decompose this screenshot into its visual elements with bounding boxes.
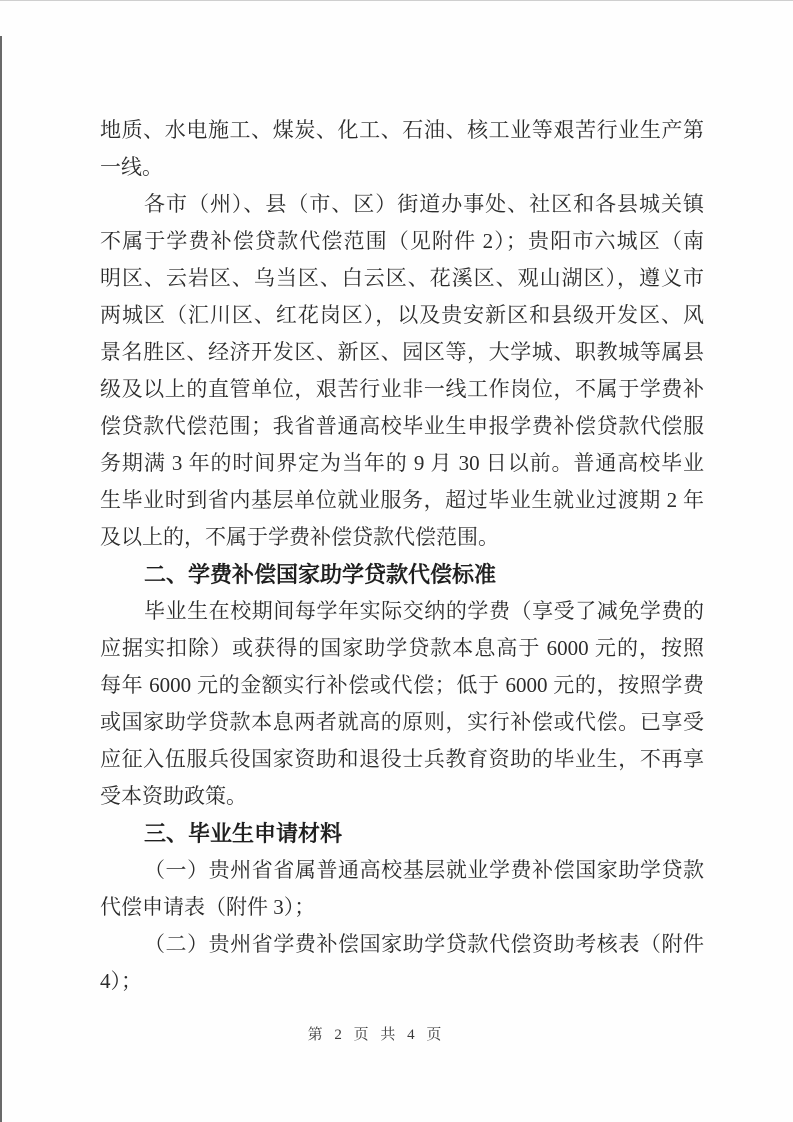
text-line: 生毕业时到省内基层单位就业服务，超过毕业生就业过渡期 2 年 <box>100 482 704 519</box>
text-line: 偿贷款代偿范围；我省普通高校毕业生申报学费补偿贷款代偿服 <box>100 408 704 445</box>
text-line: 一线。 <box>100 149 704 186</box>
text-line: 每年 6000 元的金额实行补偿或代偿；低于 6000 元的，按照学费 <box>100 667 704 704</box>
document-page: 地质、水电施工、煤炭、化工、石油、核工业等艰苦行业生产第一线。各市（州）、县（市… <box>0 0 793 1122</box>
text-line: 应征入伍服兵役国家资助和退役士兵教育资助的毕业生，不再享 <box>100 741 704 778</box>
section-heading: 三、毕业生申请材料 <box>100 815 704 852</box>
text-line: 各市（州）、县（市、区）街道办事处、社区和各县城关镇 <box>100 186 704 223</box>
scan-edge-top <box>0 0 793 1</box>
text-block: 地质、水电施工、煤炭、化工、石油、核工业等艰苦行业生产第一线。各市（州）、县（市… <box>100 112 704 1000</box>
text-line: 不属于学费补偿贷款代偿范围（见附件 2）；贵阳市六城区（南 <box>100 223 704 260</box>
page-number: 第 2 页 共 4 页 <box>0 1024 753 1046</box>
text-line: 两城区（汇川区、红花岗区），以及贵安新区和县级开发区、风 <box>100 297 704 334</box>
text-line: 毕业生在校期间每学年实际交纳的学费（享受了减免学费的 <box>100 593 704 630</box>
scan-edge-left <box>0 36 2 1122</box>
text-line: 及以上的，不属于学费补偿贷款代偿范围。 <box>100 519 704 556</box>
section-heading: 二、学费补偿国家助学贷款代偿标准 <box>100 556 704 593</box>
text-line: 明区、云岩区、乌当区、白云区、花溪区、观山湖区），遵义市 <box>100 260 704 297</box>
text-line: （二）贵州省学费补偿国家助学贷款代偿资助考核表（附件 <box>100 926 704 963</box>
text-line: 受本资助政策。 <box>100 778 704 815</box>
text-line: 务期满 3 年的时间界定为当年的 9 月 30 日以前。普通高校毕业 <box>100 445 704 482</box>
text-line: 应据实扣除）或获得的国家助学贷款本息高于 6000 元的，按照 <box>100 630 704 667</box>
text-line: 景名胜区、经济开发区、新区、园区等，大学城、职教城等属县 <box>100 334 704 371</box>
text-line: 4）； <box>100 963 704 1000</box>
text-line: 或国家助学贷款本息两者就高的原则，实行补偿或代偿。已享受 <box>100 704 704 741</box>
text-line: 地质、水电施工、煤炭、化工、石油、核工业等艰苦行业生产第 <box>100 112 704 149</box>
text-line: （一）贵州省省属普通高校基层就业学费补偿国家助学贷款 <box>100 852 704 889</box>
text-line: 级及以上的直管单位，艰苦行业非一线工作岗位，不属于学费补 <box>100 371 704 408</box>
text-line: 代偿申请表（附件 3）； <box>100 889 704 926</box>
